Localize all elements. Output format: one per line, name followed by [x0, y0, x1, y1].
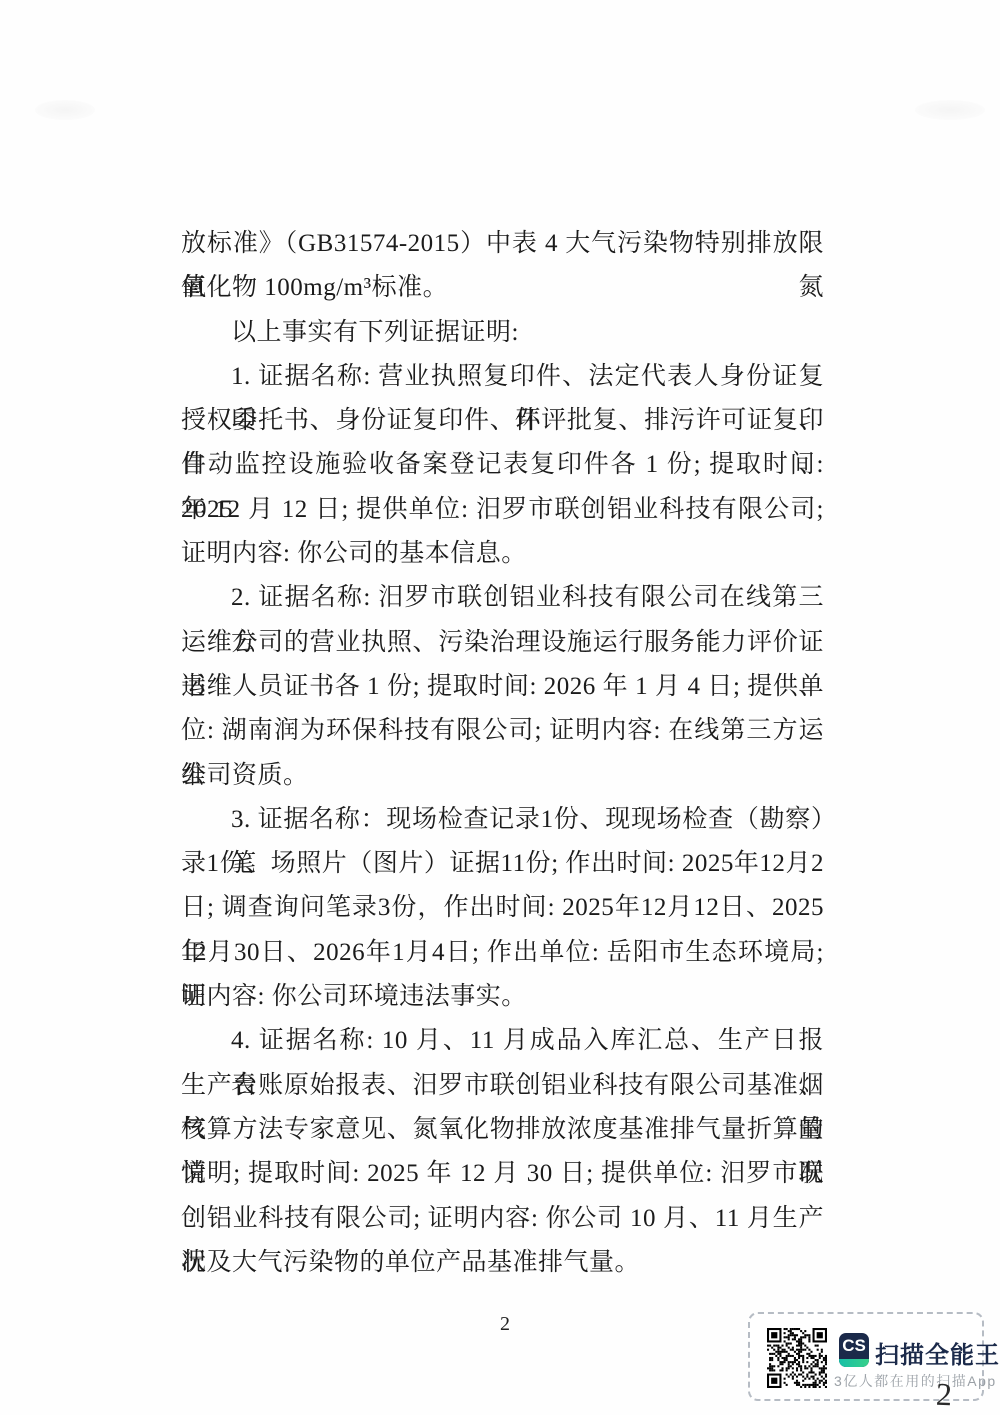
document-line: 1. 证据名称: 营业执照复印件、法定代表人身份证复印件、: [181, 355, 824, 399]
camscanner-logo-letters: CS: [839, 1336, 869, 1356]
document-line: 位: 湖南润为环保科技有限公司; 证明内容: 在线第三方运维: [181, 709, 824, 753]
document-line: 运维人员证书各 1 份; 提取时间: 2026 年 1 月 4 日; 提供单: [181, 665, 824, 709]
document-line: 12月30日、2026年1月4日; 作出单位: 岳阳市生态环境局; 证: [181, 931, 824, 975]
document-line: 创铝业科技有限公司; 证明内容: 你公司 10 月、11 月生产状: [181, 1197, 824, 1241]
camscanner-brand-text: 扫描全能王: [875, 1342, 1000, 1369]
document-line: 说明; 提取时间: 2025 年 12 月 30 日; 提供单位: 汨罗市联: [181, 1152, 824, 1196]
camscanner-logo-icon: CS: [839, 1333, 869, 1367]
document-line: 核算方法专家意见、氮氧化物排放浓度基准排气量折算的情况: [181, 1108, 824, 1152]
document-line: 日; 调查询问笔录3份，作出时间: 2025年12月12日、2025年: [181, 886, 824, 930]
document-line: 授权委托书、身份证复印件、环评批复、排污许可证复印件、: [181, 399, 824, 443]
document-line: 年 12 月 12 日; 提供单位: 汨罗市联创铝业科技有限公司;: [181, 488, 824, 532]
qr-code-icon: [767, 1328, 827, 1388]
document-line: 2. 证据名称: 汨罗市联创铝业科技有限公司在线第三方: [181, 576, 824, 620]
document-line: 明内容: 你公司环境违法事实。: [181, 975, 824, 1019]
document-line: 自动监控设施验收备案登记表复印件各 1 份; 提取时间: 2025: [181, 443, 824, 487]
document-line: 放标准》（GB31574-2015）中表 4 大气污染物特别排放限值氮: [181, 222, 824, 266]
document-line: 以上事实有下列证据证明:: [181, 311, 824, 355]
camscanner-brand-name: 扫描全能王™: [875, 1335, 1000, 1370]
scanned-document-page: 放标准》（GB31574-2015）中表 4 大气污染物特别排放限值氮氧化物 1…: [0, 0, 1000, 1415]
document-line: 公司资质。: [181, 754, 824, 798]
document-line: 运维公司的营业执照、污染治理设施运行服务能力评价证书、: [181, 621, 824, 665]
document-line: 况及大气污染物的单位产品基准排气量。: [181, 1241, 824, 1285]
document-text: 放标准》（GB31574-2015）中表 4 大气污染物特别排放限值氮氧化物 1…: [181, 222, 824, 1285]
document-line: 录1份、场照片（图片）证据11份; 作出时间: 2025年12月2: [181, 842, 824, 886]
camscanner-logo-green-band: [839, 1359, 869, 1367]
document-line: 3. 证据名称：现场检查记录1份、现现场检查（勘察）笔: [181, 798, 824, 842]
scan-artifact: [915, 100, 985, 120]
document-line: 生产台账原始报表、汨罗市联创铝业科技有限公司基准烟气量: [181, 1064, 824, 1108]
scan-artifact: [35, 100, 95, 120]
document-line: 证明内容: 你公司的基本信息。: [181, 532, 824, 576]
camscanner-tagline: 3亿人都在用的扫描App: [834, 1371, 997, 1391]
document-line: 4. 证据名称: 10 月、11 月成品入库汇总、生产日报表、: [181, 1019, 824, 1063]
page-number-corner: 2: [935, 1376, 952, 1414]
